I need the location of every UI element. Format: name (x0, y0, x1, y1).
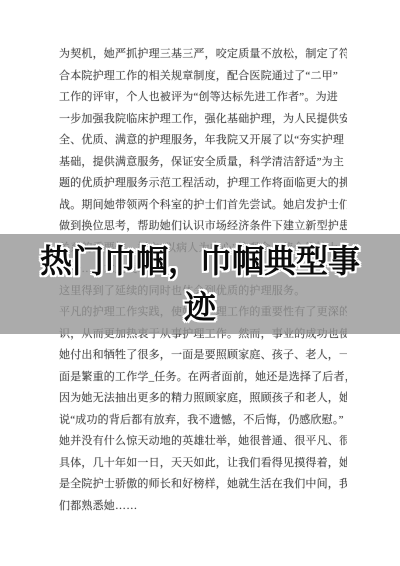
document-text-line: 她并没有什么惊天动地的英雄壮举，她很普通、很平凡、很 (59, 431, 347, 453)
document-text-line: 一步加强我院临床护理工作，强化基础护理，为人民提供安 (59, 109, 347, 131)
document-text-line: 因为她无法抽出更多的精力照顾家庭，照顾孩子和老人，她 (59, 388, 347, 410)
document-text-line: 她付出和牺牲了很多，一面是要照顾家庭、孩子、老人，一 (59, 345, 347, 367)
document-text-line: 合本院护理工作的相关规章制度，配合医院通过了“二甲” (59, 66, 347, 88)
document-page: 为契机，她严抓护理三基三严，咬定质量不放松，制定了符合本院护理工作的相关规章制度… (0, 0, 400, 566)
document-text-line: 们都熟悉她…… (59, 496, 347, 518)
document-text-line: 为契机，她严抓护理三基三严，咬定质量不放松，制定了符 (59, 44, 347, 66)
document-text-line: 题的优质护理服务示范工程活动，护理工作将面临更大的挑 (59, 173, 347, 195)
document-text-line: 战。期间她带领两个科室的护士们首先尝试。她启发护士们 (59, 195, 347, 217)
document-text-line: 是全院护士骄傲的师长和好榜样，她就生活在我们中间，我 (59, 474, 347, 496)
document-text-line: 全、优质、满意的护理服务，年我院又开展了以“夯实护理 (59, 130, 347, 152)
document-text-line: 基础，提供满意服务，保证安全质量，科学清洁舒适”为主 (59, 152, 347, 174)
document-text-line: 具体，几十年如一日，天天如此，让我们看得见摸得着，她 (59, 453, 347, 475)
document-text-line: 说“成功的背后都有放弃，我不遗憾，不后悔，仍感欣慰。” (59, 410, 347, 432)
article-title: 热门巾帼，巾帼典型事迹 (0, 238, 400, 330)
document-text-line: 工作的评审，个人也被评为“创等达标先进工作者”。为进 (59, 87, 347, 109)
document-text-line: 面是繁重的工作学_任务。在两者面前，她还是选择了后者， (59, 367, 347, 389)
